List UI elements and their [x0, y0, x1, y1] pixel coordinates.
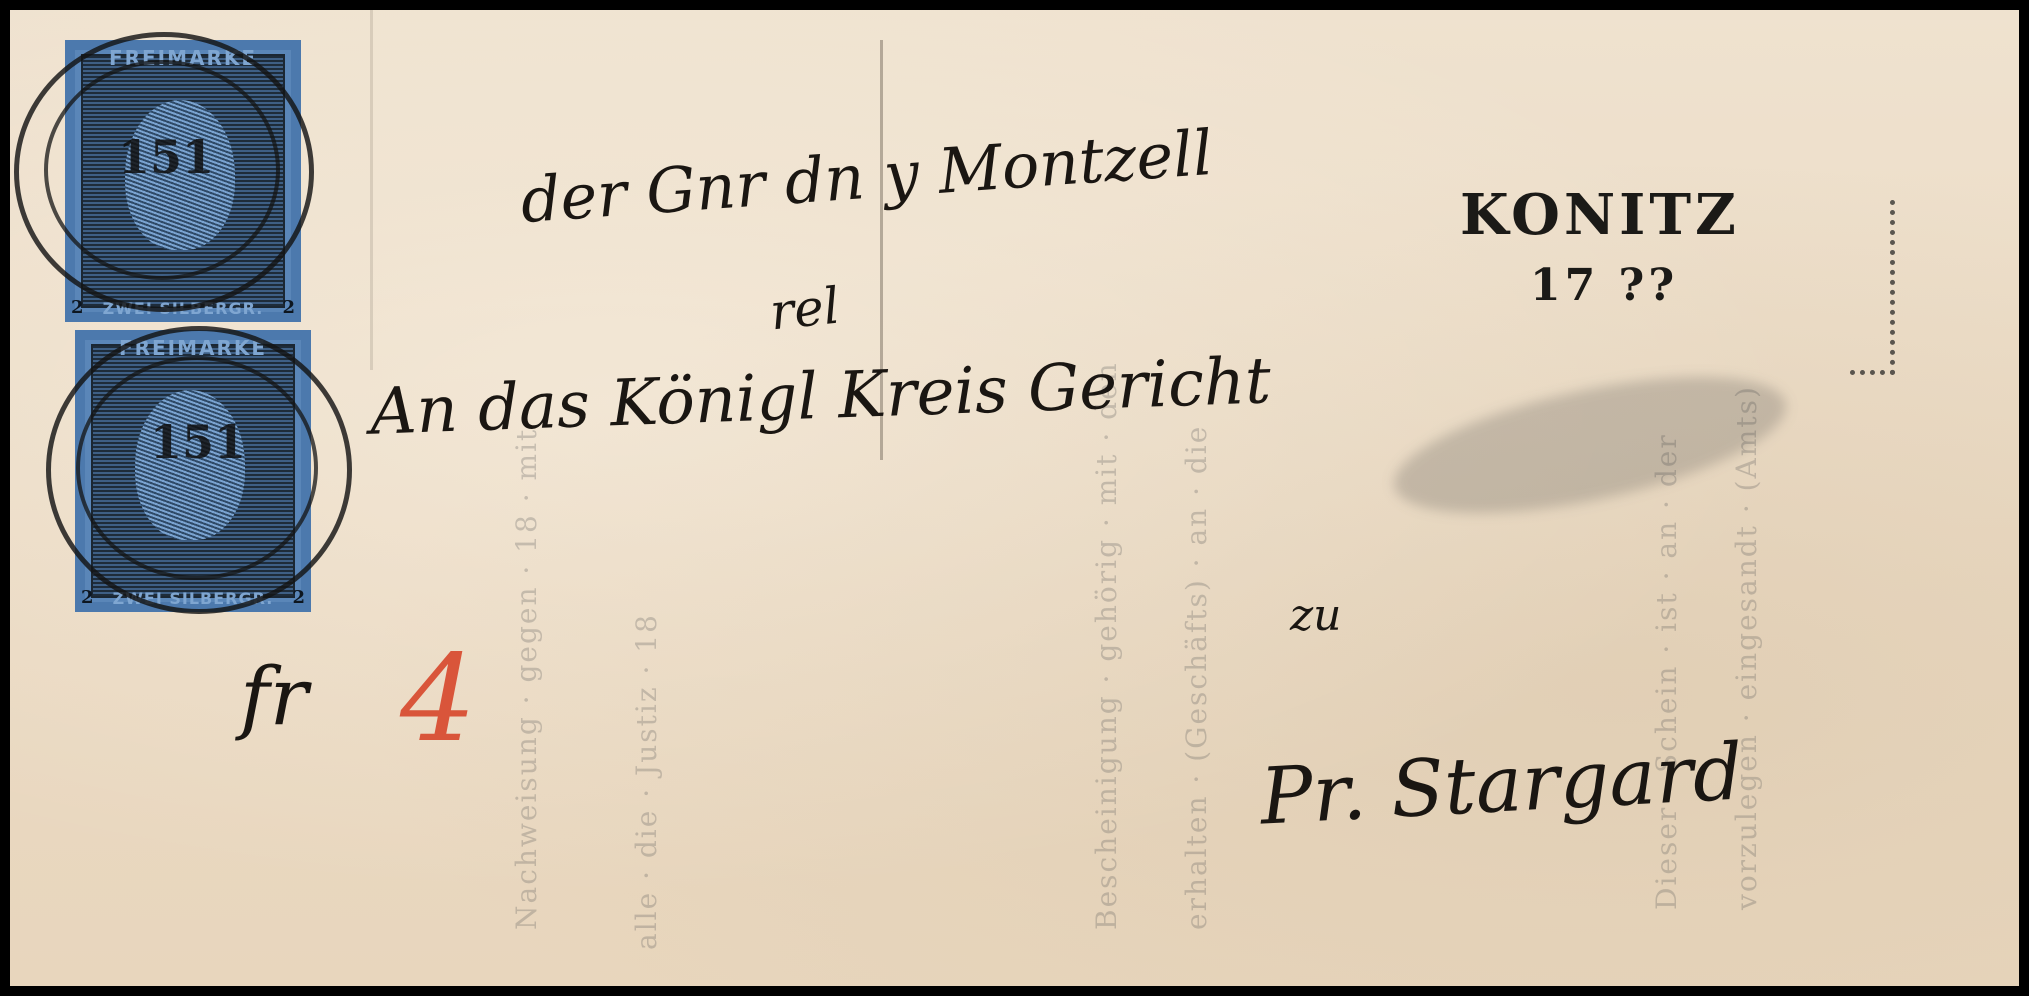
cancel-number-upper: 151 [118, 130, 214, 184]
postmark-date: 17 ?? [1530, 260, 1678, 311]
address-line-2: rel [767, 277, 842, 342]
postmark-frame-corner [1850, 200, 1895, 375]
franco-mark: fr [240, 650, 308, 743]
fold-line-2 [370, 10, 373, 370]
stamp-value-right: 2 [292, 587, 305, 608]
postal-cover: Nachweisung · gegen · 18 · mit alle · di… [10, 10, 2019, 986]
red-rate-numeral: 4 [400, 630, 476, 769]
address-line-4: zu [1290, 590, 1342, 641]
address-line-3: An das Königl Kreis Gericht [369, 344, 1272, 449]
postmark-town: KONITZ [1460, 182, 1740, 248]
cancel-number-lower: 151 [150, 415, 246, 469]
stamp-value-right: 2 [282, 297, 295, 318]
